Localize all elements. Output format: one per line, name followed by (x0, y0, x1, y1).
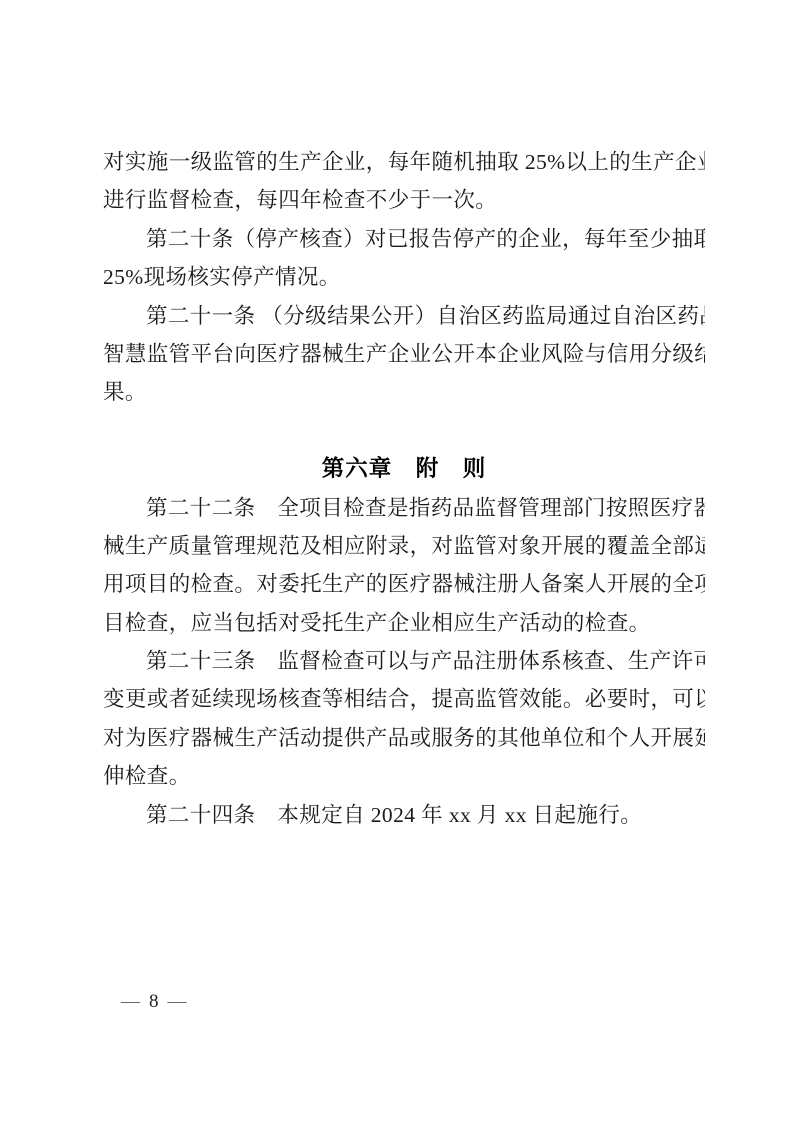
text-line: 变更或者延续现场核查等相结合，提高监管效能。必要时，可以 (103, 680, 705, 718)
text-line: 目检查，应当包括对受托生产企业相应生产活动的检查。 (103, 604, 705, 642)
page-number: 8 (149, 991, 159, 1013)
text-line: 第六章 附 则 (103, 450, 705, 488)
text-line: 伸检查。 (103, 757, 705, 795)
text-line: 用项目的检查。对委托生产的医疗器械注册人备案人开展的全项 (103, 565, 705, 603)
text-line: 进行监督检查，每四年检查不少于一次。 (103, 181, 705, 219)
text-line: 第二十条（停产核查）对已报告停产的企业，每年至少抽取 (103, 220, 705, 258)
footer-left-dash: — (121, 991, 140, 1013)
document-body: 对实施一级监管的生产企业，每年随机抽取 25%以上的生产企业进行监督检查，每四年… (103, 143, 705, 834)
text-line: 械生产质量管理规范及相应附录，对监管对象开展的覆盖全部适 (103, 527, 705, 565)
page-footer: — 8 — (121, 991, 187, 1013)
text-line: 第二十三条 监督检查可以与产品注册体系核查、生产许可 (103, 642, 705, 680)
text-line: 第二十二条 全项目检查是指药品监督管理部门按照医疗器 (103, 489, 705, 527)
text-line: 第二十一条 （分级结果公开）自治区药监局通过自治区药品 (103, 297, 705, 335)
text-line: 果。 (103, 373, 705, 411)
document-page: 对实施一级监管的生产企业，每年随机抽取 25%以上的生产企业进行监督检查，每四年… (0, 0, 793, 1122)
text-line: 智慧监管平台向医疗器械生产企业公开本企业风险与信用分级结 (103, 335, 705, 373)
text-line: 对实施一级监管的生产企业，每年随机抽取 25%以上的生产企业 (103, 143, 705, 181)
text-line: 对为医疗器械生产活动提供产品或服务的其他单位和个人开展延 (103, 719, 705, 757)
text-line (103, 412, 705, 450)
footer-right-dash: — (168, 991, 187, 1013)
text-line: 第二十四条 本规定自 2024 年 xx 月 xx 日起施行。 (103, 796, 705, 834)
text-line: 25%现场核实停产情况。 (103, 258, 705, 296)
